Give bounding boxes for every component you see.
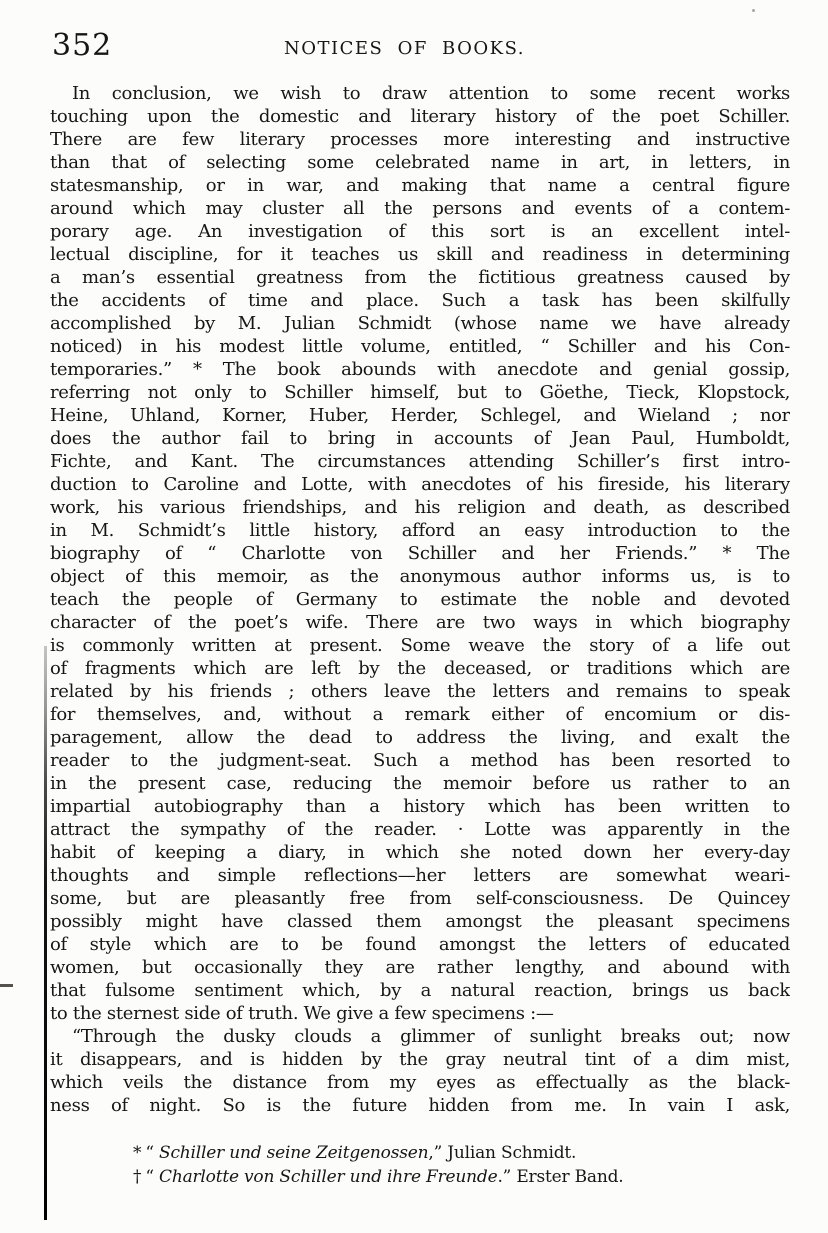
- text-line: in M. Schmidt’s little history, afford a…: [50, 519, 790, 542]
- text-line: that fulsome sentiment which, by a natur…: [50, 979, 790, 1002]
- footnote-marker: †: [133, 1167, 145, 1187]
- text-line: in the present case, reducing the memoir…: [50, 772, 790, 795]
- footnote-row: *“ Schiller und seine Zeitgenossen,” Jul…: [133, 1141, 623, 1165]
- text-line: temporaries.” * The book abounds with an…: [50, 358, 790, 381]
- footnote-marker: *: [133, 1143, 145, 1163]
- text-line: is commonly written at present. Some wea…: [50, 634, 790, 657]
- text-line: work, his various friendships, and his r…: [50, 496, 790, 519]
- text-line: impartial autobiography than a history w…: [50, 795, 790, 818]
- text-line: possibly might have classed them amongst…: [50, 910, 790, 933]
- text-line: a man’s essential greatness from the fic…: [50, 266, 790, 289]
- text-line: In conclusion, we wish to draw attention…: [50, 82, 790, 105]
- text-line: porary age. An investigation of this sor…: [50, 220, 790, 243]
- text-line: which veils the distance from my eyes as…: [50, 1071, 790, 1094]
- text-line: it disappears, and is hidden by the gray…: [50, 1048, 790, 1071]
- footnotes: *“ Schiller und seine Zeitgenossen,” Jul…: [133, 1141, 623, 1189]
- text-line: duction to Caroline and Lotte, with anec…: [50, 473, 790, 496]
- text-line: thoughts and simple reflections—her lett…: [50, 864, 790, 887]
- footnote-rest: .” Erster Band.: [497, 1167, 623, 1187]
- text-line: does the author fail to bring in account…: [50, 427, 790, 450]
- text-line: related by his friends ; others leave th…: [50, 680, 790, 703]
- footnote-row: †“ Charlotte von Schiller und ihre Freun…: [133, 1165, 623, 1189]
- text-line: biography of “ Charlotte von Schiller an…: [50, 542, 790, 565]
- text-line: “Through the dusky clouds a glimmer of s…: [50, 1025, 790, 1048]
- text-line: women, but occasionally they are rather …: [50, 956, 790, 979]
- text-line: attract the sympathy of the reader. · Lo…: [50, 818, 790, 841]
- footnote-title: Schiller und seine Zeitgenossen: [159, 1143, 428, 1163]
- text-line: some, but are pleasantly free from self-…: [50, 887, 790, 910]
- scan-artifact-speck: [752, 9, 755, 12]
- text-line: referring not only to Schiller himself, …: [50, 381, 790, 404]
- footnote-open-quote: “: [145, 1143, 159, 1163]
- scan-artifact-dash: [0, 984, 13, 987]
- text-line: There are few literary processes more in…: [50, 128, 790, 151]
- text-line: reader to the judgment-seat. Such a meth…: [50, 749, 790, 772]
- text-line: Fichte, and Kant. The circumstances atte…: [50, 450, 790, 473]
- text-line: accomplished by M. Julian Schmidt (whose…: [50, 312, 790, 335]
- footnote-rest: ,” Julian Schmidt.: [428, 1143, 576, 1163]
- text-line: around which may cluster all the persons…: [50, 197, 790, 220]
- text-line: for themselves, and, without a remark ei…: [50, 703, 790, 726]
- text-line: object of this memoir, as the anonymous …: [50, 565, 790, 588]
- text-line: ness of night. So is the future hidden f…: [50, 1094, 790, 1117]
- running-title: NOTICES OF BOOKS.: [0, 38, 809, 59]
- text-line: touching upon the domestic and literary …: [50, 105, 790, 128]
- text-line: character of the poet’s wife. There are …: [50, 611, 790, 634]
- text-line: paragement, allow the dead to address th…: [50, 726, 790, 749]
- text-line: noticed) in his modest little volume, en…: [50, 335, 790, 358]
- text-line: than that of selecting some celebrated n…: [50, 151, 790, 174]
- text-line: lectual discipline, for it teaches us sk…: [50, 243, 790, 266]
- text-line: habit of keeping a diary, in which she n…: [50, 841, 790, 864]
- footnote-open-quote: “: [145, 1167, 159, 1187]
- text-line: teach the people of Germany to estimate …: [50, 588, 790, 611]
- text-line: statesmanship, or in war, and making tha…: [50, 174, 790, 197]
- page-binding-line: [44, 646, 47, 1220]
- text-line: of style which are to be found amongst t…: [50, 933, 790, 956]
- text-line: of fragments which are left by the decea…: [50, 657, 790, 680]
- body-text: In conclusion, we wish to draw attention…: [50, 82, 790, 1117]
- text-line: to the sternest side of truth. We give a…: [50, 1002, 790, 1025]
- book-page: 352 NOTICES OF BOOKS. In conclusion, we …: [0, 0, 828, 1233]
- text-line: Heine, Uhland, Korner, Huber, Herder, Sc…: [50, 404, 790, 427]
- text-line: the accidents of time and place. Such a …: [50, 289, 790, 312]
- footnote-title: Charlotte von Schiller und ihre Freunde: [159, 1167, 497, 1187]
